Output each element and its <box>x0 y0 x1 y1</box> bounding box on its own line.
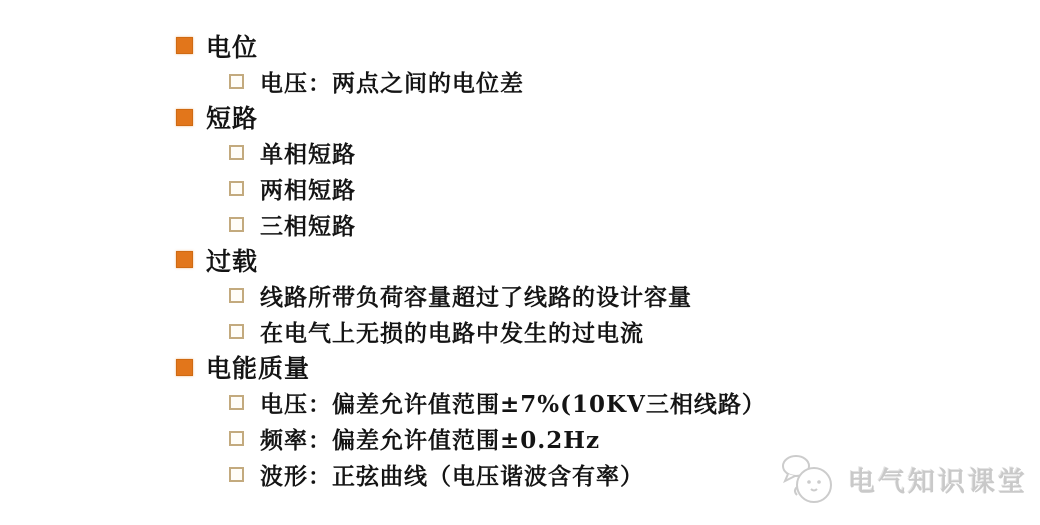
brand-watermark-text: 电气知识课堂 <box>848 460 1028 499</box>
slide: 电位电压：两点之间的电位差短路单相短路两相短路三相短路过载线路所带负荷容量超过了… <box>0 0 1040 525</box>
outline-item-text: 线路所带负荷容量超过了线路的设计容量 <box>260 279 692 312</box>
hollow-square-bullet-icon <box>229 74 244 89</box>
chick-chat-bubble-icon <box>781 453 839 505</box>
outline-item-level2: 单相短路 <box>0 135 1040 171</box>
outline-item-level1: 电能质量 <box>0 349 1040 385</box>
brand-watermark: 电气知识课堂 <box>781 453 1028 505</box>
hollow-square-bullet-icon <box>229 288 244 303</box>
outline-item-text: 波形：正弦曲线（电压谐波含有率） <box>260 458 644 491</box>
filled-square-bullet-icon <box>176 359 193 376</box>
outline-item-text: 过载 <box>206 242 258 278</box>
filled-square-bullet-icon <box>176 251 193 268</box>
outline-item-text: 短路 <box>206 99 258 135</box>
outline-item-text: 电压：两点之间的电位差 <box>260 65 524 98</box>
outline-item-text: 单相短路 <box>260 136 356 169</box>
outline-item-text: 三相短路 <box>260 208 356 241</box>
hollow-square-bullet-icon <box>229 324 244 339</box>
hollow-square-bullet-icon <box>229 395 244 410</box>
outline-item-text: 两相短路 <box>260 172 356 205</box>
hollow-square-bullet-icon <box>229 467 244 482</box>
outline-item-level2: 线路所带负荷容量超过了线路的设计容量 <box>0 278 1040 314</box>
outline-item-level2: 电压：偏差允许值范围±7%(10KV三相线路） <box>0 385 1040 421</box>
outline-item-text: 电能质量 <box>206 349 310 385</box>
filled-square-bullet-icon <box>176 37 193 54</box>
hollow-square-bullet-icon <box>229 217 244 232</box>
outline-item-text: 在电气上无损的电路中发生的过电流 <box>260 315 644 348</box>
outline-item-text: 电压：偏差允许值范围±7%(10KV三相线路） <box>260 386 766 419</box>
outline-item-level2: 在电气上无损的电路中发生的过电流 <box>0 314 1040 350</box>
outline-item-text: 电位 <box>206 28 258 64</box>
outline-item-level2: 三相短路 <box>0 206 1040 242</box>
outline-item-level1: 短路 <box>0 99 1040 135</box>
hollow-square-bullet-icon <box>229 145 244 160</box>
outline-item-level1: 过载 <box>0 242 1040 278</box>
bullet-outline-list: 电位电压：两点之间的电位差短路单相短路两相短路三相短路过载线路所带负荷容量超过了… <box>0 28 1040 492</box>
outline-item-text: 频率：偏差允许值范围±0.2Hz <box>260 422 600 455</box>
hollow-square-bullet-icon <box>229 431 244 446</box>
outline-item-level2: 电压：两点之间的电位差 <box>0 64 1040 100</box>
filled-square-bullet-icon <box>176 109 193 126</box>
outline-item-level2: 频率：偏差允许值范围±0.2Hz <box>0 421 1040 457</box>
hollow-square-bullet-icon <box>229 181 244 196</box>
outline-item-level2: 两相短路 <box>0 171 1040 207</box>
outline-item-level1: 电位 <box>0 28 1040 64</box>
